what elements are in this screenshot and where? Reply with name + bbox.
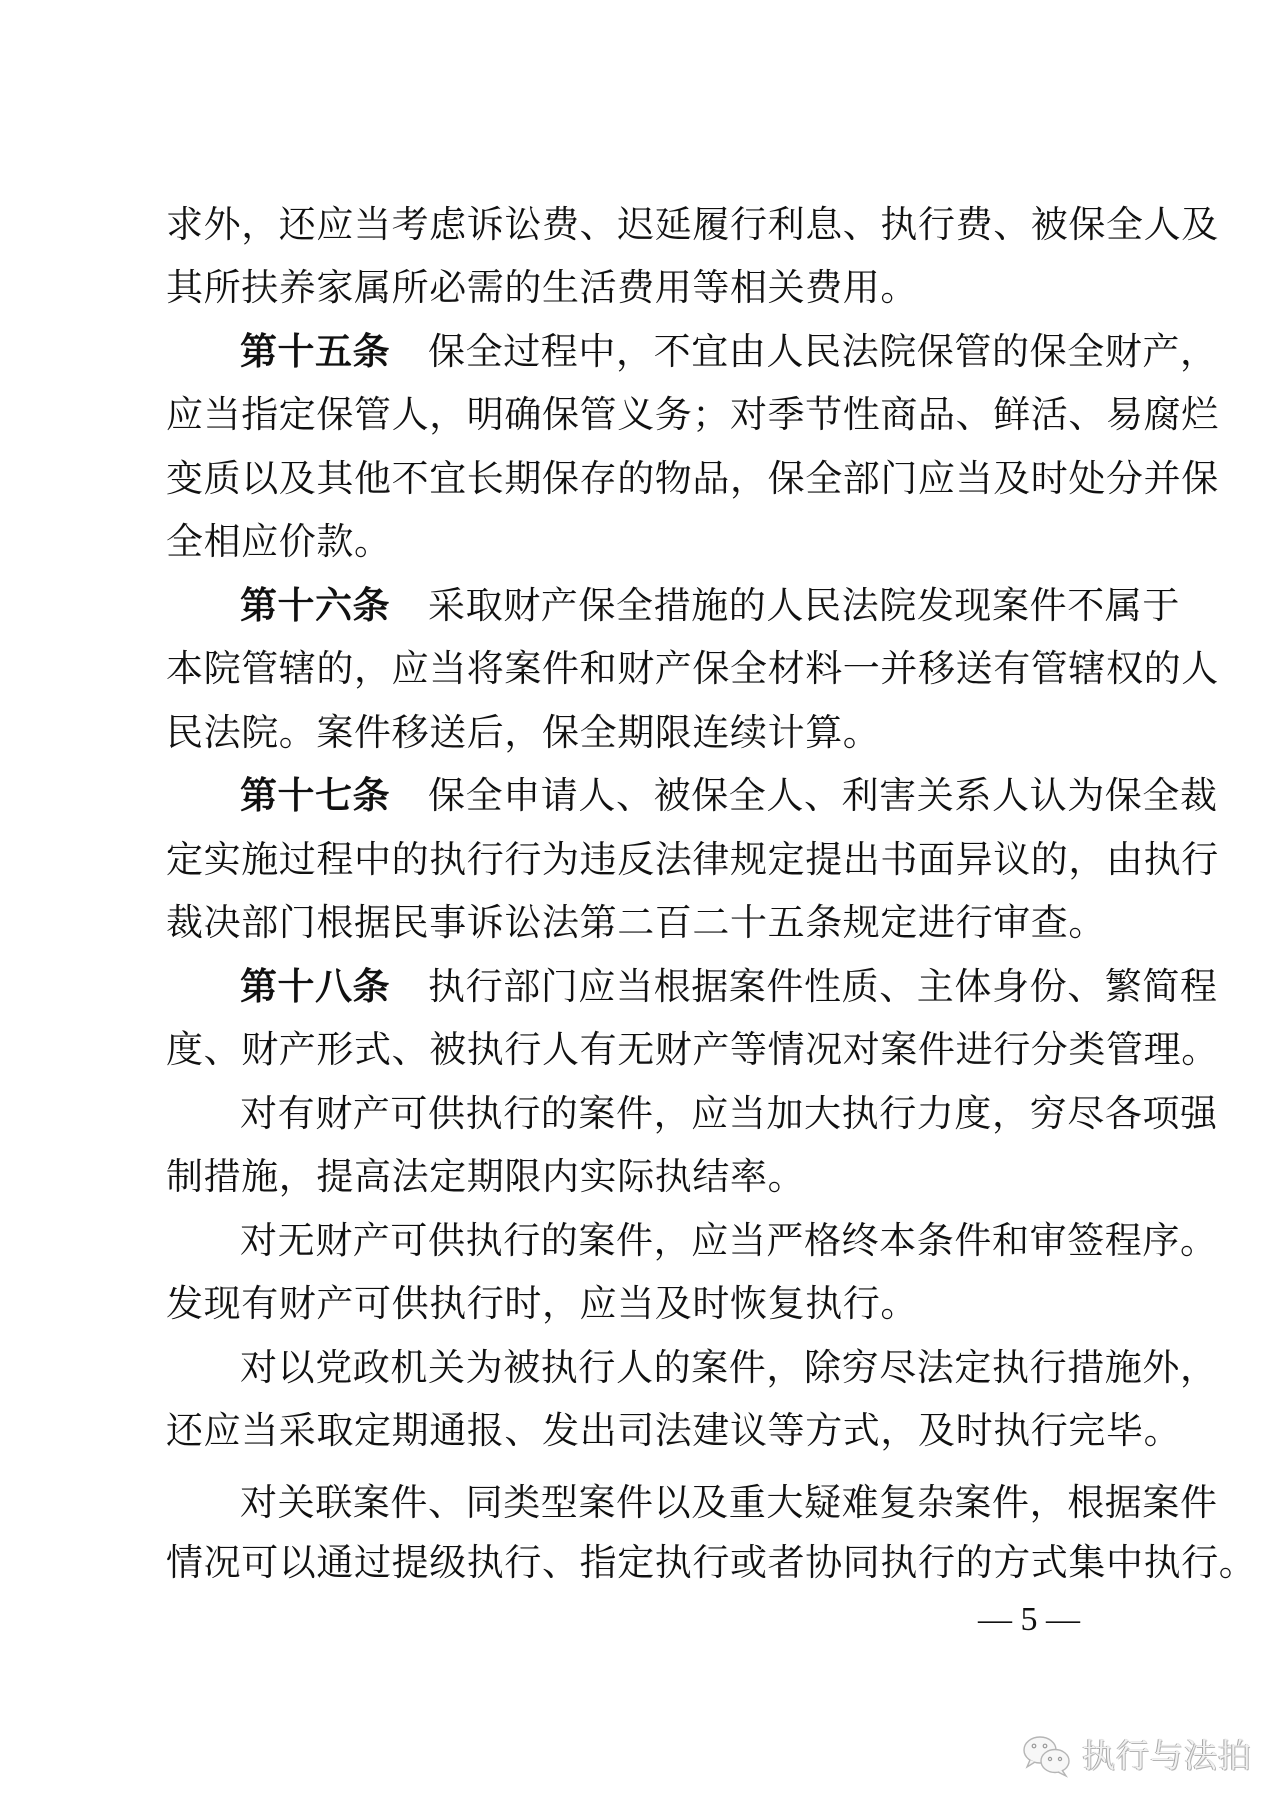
article-heading: 第十八条 <box>240 965 390 1008</box>
line-text: 还应当采取定期通报、发出司法建议等方式，及时执行完毕。 <box>166 1409 1181 1452</box>
line-text: 本院管辖的，应当将案件和财产保全材料一并移送有管辖权的人 <box>166 647 1219 690</box>
article-15: 第十五条保全过程中，不宜由人民法院保管的保全财产， <box>240 330 1200 374</box>
line-text: 求外，还应当考虑诉讼费、迟延履行利息、执行费、被保全人及 <box>166 203 1219 246</box>
article-16: 第十六条采取财产保全措施的人民法院发现案件不属于 <box>240 584 1200 628</box>
line-text: 执行部门应当根据案件性质、主体身份、繁简程 <box>428 965 1218 1008</box>
article-17: 第十七条保全申请人、被保全人、利害关系人认为保全裁 <box>240 774 1200 818</box>
paragraph-start: 对以党政机关为被执行人的案件，除穷尽法定执行措施外， <box>240 1346 1200 1390</box>
line-text: 保全过程中，不宜由人民法院保管的保全财产， <box>428 330 1218 373</box>
text-line: 情况可以通过提级执行、指定执行或者协同执行的方式集中执行。 <box>166 1541 1126 1585</box>
text-line: 变质以及其他不宜长期保存的物品，保全部门应当及时处分并保 <box>166 457 1126 501</box>
line-text: 其所扶养家属所必需的生活费用等相关费用。 <box>166 266 918 309</box>
paragraph-start: 对有财产可供执行的案件，应当加大执行力度，穷尽各项强 <box>240 1092 1200 1136</box>
line-text: 情况可以通过提级执行、指定执行或者协同执行的方式集中执行。 <box>166 1541 1256 1584</box>
line-text: 制措施，提高法定期限内实际执结率。 <box>166 1155 805 1198</box>
text-line: 其所扶养家属所必需的生活费用等相关费用。 <box>166 266 1126 310</box>
line-text: 变质以及其他不宜长期保存的物品，保全部门应当及时处分并保 <box>166 457 1219 500</box>
line-text: 应当指定保管人，明确保管义务；对季节性商品、鲜活、易腐烂 <box>166 393 1219 436</box>
text-line: 定实施过程中的执行行为违反法律规定提出书面异议的，由执行 <box>166 838 1126 882</box>
text-line: 度、财产形式、被执行人有无财产等情况对案件进行分类管理。 <box>166 1028 1126 1072</box>
line-text: 对以党政机关为被执行人的案件，除穷尽法定执行措施外， <box>240 1346 1218 1389</box>
text-line: 发现有财产可供执行时，应当及时恢复执行。 <box>166 1282 1126 1326</box>
line-text: 保全申请人、被保全人、利害关系人认为保全裁 <box>428 774 1218 817</box>
line-text: 对有财产可供执行的案件，应当加大执行力度，穷尽各项强 <box>240 1092 1218 1135</box>
line-text: 民法院。案件移送后，保全期限连续计算。 <box>166 711 880 754</box>
article-heading: 第十七条 <box>240 774 390 817</box>
page-number: — 5 — <box>978 1600 1080 1640</box>
document-page: 求外，还应当考虑诉讼费、迟延履行利息、执行费、被保全人及 其所扶养家属所必需的生… <box>0 0 1280 1810</box>
paragraph-start: 对关联案件、同类型案件以及重大疑难复杂案件，根据案件 <box>240 1481 1200 1525</box>
paragraph-start: 对无财产可供执行的案件，应当严格终本条件和审签程序。 <box>240 1219 1200 1263</box>
wechat-icon <box>1022 1734 1074 1778</box>
line-text: 对关联案件、同类型案件以及重大疑难复杂案件，根据案件 <box>240 1481 1218 1524</box>
text-line: 求外，还应当考虑诉讼费、迟延履行利息、执行费、被保全人及 <box>166 203 1126 247</box>
line-text: 定实施过程中的执行行为违反法律规定提出书面异议的，由执行 <box>166 838 1219 881</box>
article-heading: 第十六条 <box>240 584 390 627</box>
article-18: 第十八条执行部门应当根据案件性质、主体身份、繁简程 <box>240 965 1200 1009</box>
watermark: 执行与法拍 <box>1022 1733 1252 1779</box>
line-text: 对无财产可供执行的案件，应当严格终本条件和审签程序。 <box>240 1219 1218 1262</box>
text-line: 应当指定保管人，明确保管义务；对季节性商品、鲜活、易腐烂 <box>166 393 1126 437</box>
text-line: 民法院。案件移送后，保全期限连续计算。 <box>166 711 1126 755</box>
text-line: 裁决部门根据民事诉讼法第二百二十五条规定进行审查。 <box>166 901 1126 945</box>
line-text: 度、财产形式、被执行人有无财产等情况对案件进行分类管理。 <box>166 1028 1219 1071</box>
line-text: 发现有财产可供执行时，应当及时恢复执行。 <box>166 1282 918 1325</box>
text-line: 本院管辖的，应当将案件和财产保全材料一并移送有管辖权的人 <box>166 647 1126 691</box>
text-line: 全相应价款。 <box>166 520 1126 564</box>
line-text: 裁决部门根据民事诉讼法第二百二十五条规定进行审查。 <box>166 901 1106 944</box>
line-text: 全相应价款。 <box>166 520 392 563</box>
text-line: 制措施，提高法定期限内实际执结率。 <box>166 1155 1126 1199</box>
text-line: 还应当采取定期通报、发出司法建议等方式，及时执行完毕。 <box>166 1409 1126 1453</box>
line-text: 采取财产保全措施的人民法院发现案件不属于 <box>428 584 1180 627</box>
article-heading: 第十五条 <box>240 330 390 373</box>
watermark-text: 执行与法拍 <box>1082 1734 1252 1778</box>
